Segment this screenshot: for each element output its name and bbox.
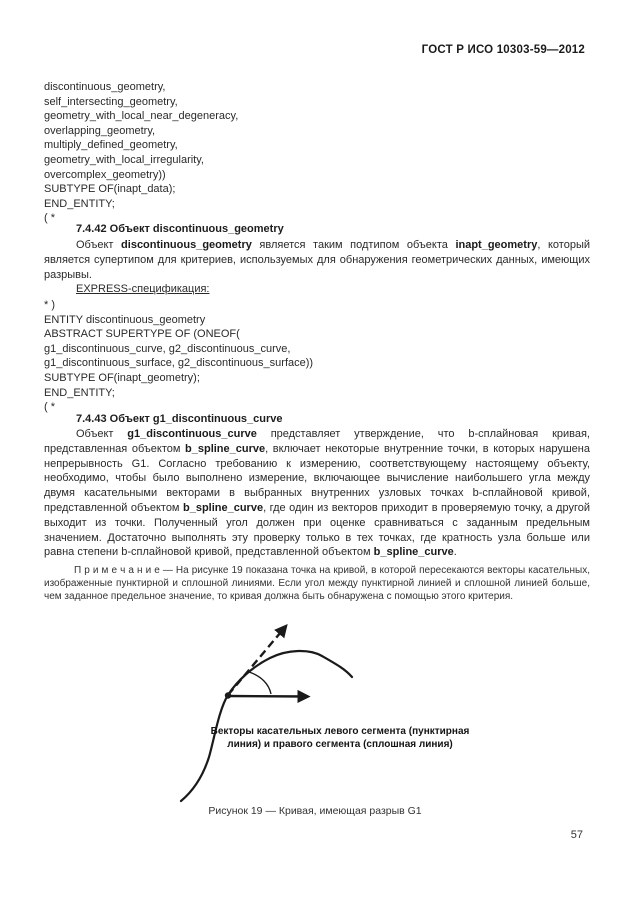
code-line: END_ENTITY;: [44, 386, 590, 401]
note-paragraph: П р и м е ч а н и е — На рисунке 19 пока…: [44, 564, 590, 604]
figure-caption: Рисунок 19 — Кривая, имеющая разрыв G1: [0, 805, 630, 817]
figure-inline-label: Векторы касательных левого сегмента (пун…: [170, 726, 510, 751]
code-line: overlapping_geometry,: [44, 124, 590, 139]
code-line: g1_discontinuous_surface, g2_discontinuo…: [44, 356, 590, 371]
code-line: SUBTYPE OF(inapt_geometry);: [44, 371, 590, 386]
code-line: SUBTYPE OF(inapt_data);: [44, 182, 590, 197]
code-line: END_ENTITY;: [44, 197, 590, 212]
junction-point-dot: [225, 692, 231, 698]
code-line: geometry_with_local_irregularity,: [44, 153, 590, 168]
angle-arc: [249, 672, 271, 694]
code-line: g1_discontinuous_curve, g2_discontinuous…: [44, 342, 590, 357]
code-line: discontinuous_geometry,: [44, 80, 590, 95]
code-line: ABSTRACT SUPERTYPE OF (ONEOF(: [44, 327, 590, 342]
dashed-tangent-vector: [228, 626, 286, 695]
section-heading-7-4-43: 7.4.43 Объект g1_discontinuous_curve: [44, 412, 590, 427]
code-line: geometry_with_local_near_degeneracy,: [44, 109, 590, 124]
express-code-continuation: discontinuous_geometry, self_intersectin…: [44, 80, 590, 226]
code-line: * ): [44, 298, 590, 313]
document-page: ГОСТ Р ИСО 10303-59—2012 discontinuous_g…: [0, 0, 630, 913]
figure-19-curve-with-g1-discontinuity: [0, 610, 630, 810]
code-line: multiply_defined_geometry,: [44, 138, 590, 153]
code-line: self_intersecting_geometry,: [44, 95, 590, 110]
code-line: overcomplex_geometry)): [44, 168, 590, 183]
express-specification-label: EXPRESS-спецификация:: [76, 282, 209, 297]
document-header-standard-number: ГОСТ Р ИСО 10303-59—2012: [422, 44, 585, 56]
page-number: 57: [571, 829, 583, 841]
section-7-4-43-paragraph: Объект g1_discontinuous_curve представля…: [44, 427, 590, 560]
section-7-4-42-paragraph: Объект discontinuous_geometry является т…: [44, 238, 590, 282]
express-code-discontinuous-geometry: * ) ENTITY discontinuous_geometry ABSTRA…: [44, 298, 590, 415]
figure-label-line2: линия) и правого сегмента (сплошная лини…: [170, 739, 510, 752]
figure-label-line1: Векторы касательных левого сегмента (пун…: [170, 726, 510, 739]
solid-tangent-vector: [228, 696, 308, 697]
code-line: ENTITY discontinuous_geometry: [44, 313, 590, 328]
section-heading-7-4-42: 7.4.42 Объект discontinuous_geometry: [44, 222, 590, 237]
